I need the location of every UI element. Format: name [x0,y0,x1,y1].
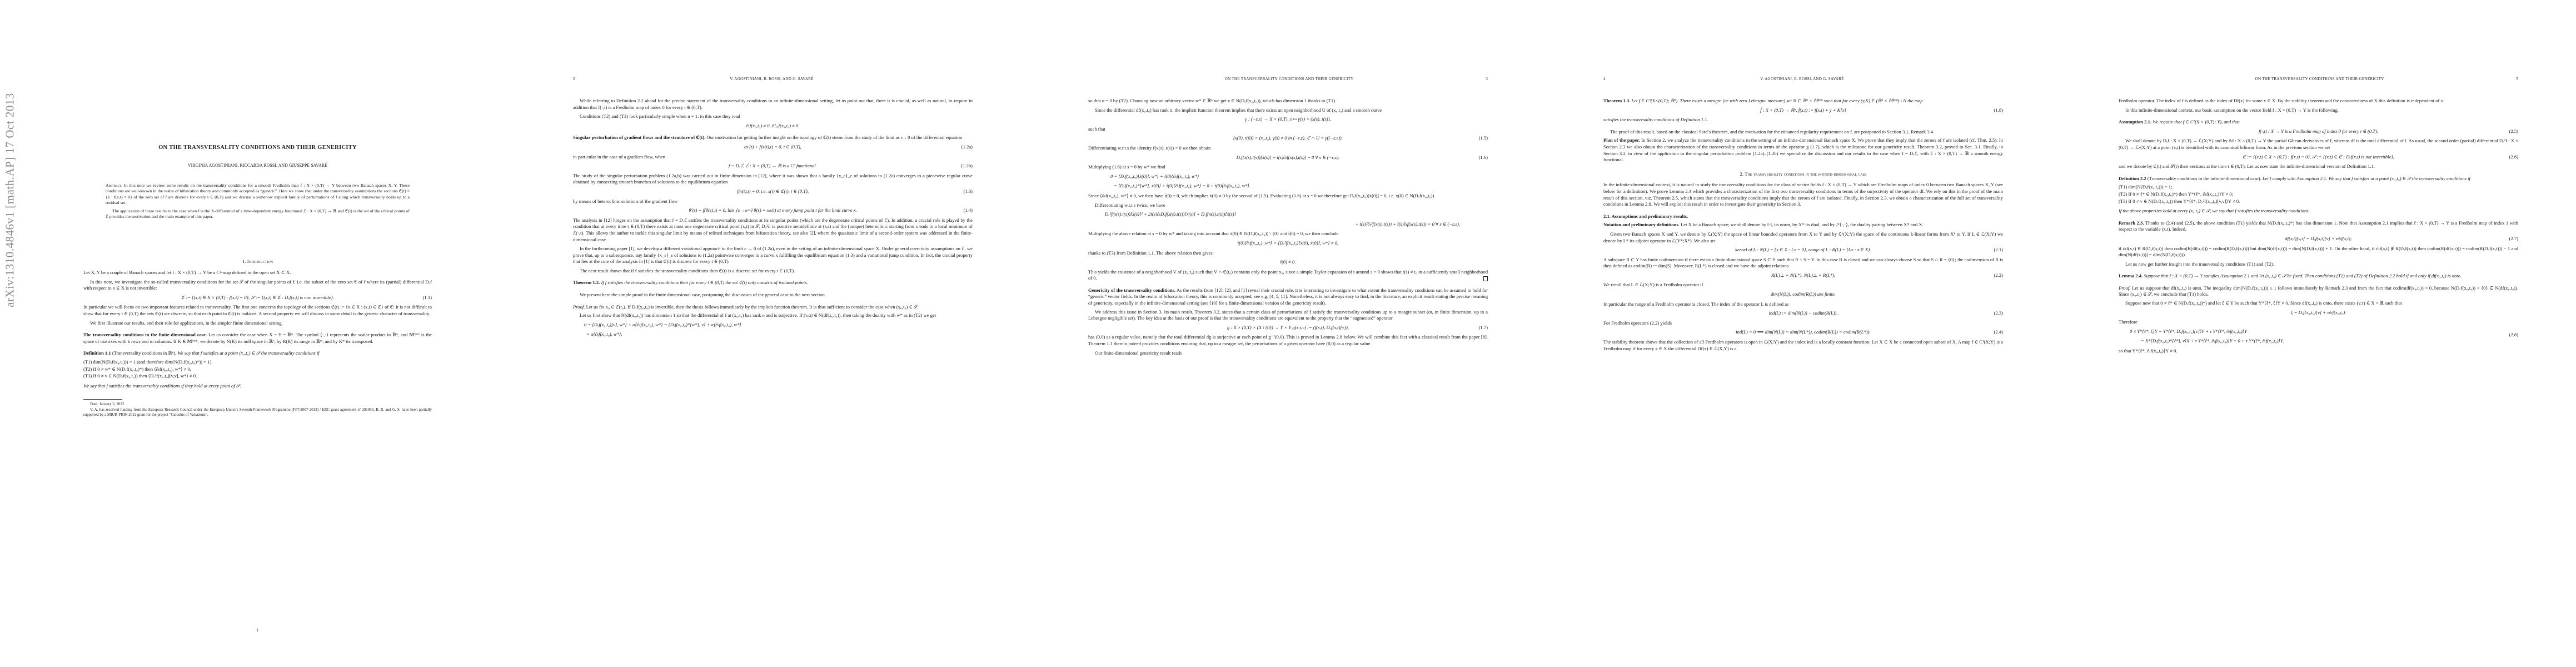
header-title: ON THE TRANSVERSALITY CONDITIONS AND THE… [2123,77,2516,81]
equation-text: df(x,t)[v,τ] = Dₓf(x,t)[v] + τ∂ₜf(x,t); [2285,236,2351,241]
paragraph: For Fredholm operators (2.2) yields [1603,320,2003,327]
paragraph: such that [1088,126,1488,133]
paragraph: The analysis in [12] hinges on the assum… [573,217,973,243]
definition-body: Let f comply with Assumption 2.1. We say… [2263,176,2470,181]
paragraph: Fredholm operator. The index of f is def… [2119,98,2518,104]
equation-1-7: g : X × (0,T) × (X \ {0}) → Y × Y g(x,t,… [1088,325,1488,331]
header-spacer [1088,77,1093,81]
paragraph: We present here the simple proof in the … [573,292,973,298]
equation-number: (2.5) [2509,128,2518,135]
running-header: ON THE TRANSVERSALITY CONDITIONS AND THE… [1088,77,1488,81]
equation: ẗ(0)⟨∂ₜf(x₀,t₀), w*⟩ = ⟨Dₓ²f(x₀,t₀)[ẋ(0)… [1088,240,1488,247]
paragraph: Let us first show that N(df(x₀,t₀)) has … [573,312,973,319]
arxiv-stamp-text: arXiv:1310.4846v1 [math.AP] 17 Oct 2013 [3,93,17,307]
equation-number: (2.1) [1994,247,2003,253]
paragraph: A subspace R ⊂ Y has finite codimension … [1603,257,2003,270]
condition-t1: (T1) dim(N(Dₓf(x₀,t₀))) = 1; [2119,184,2518,191]
qed-symbol-icon [1483,276,1488,281]
equation-1-1: ℭ := {(x,t) ∈ X × (0,T) : f(x,t) = 0}, 𝒮… [83,295,432,301]
abstract: Abstract. In this note we review some re… [106,183,410,220]
equation: = ⟨Dₓf(x₀,t₀)*[w*], ẋ(0)⟩ + ṫ(0)⟨∂ₜf(x₀,… [1088,183,1488,190]
proof: Proof. Let us suppose that df(x₀,t₀) is … [2119,285,2518,298]
equation-1-8: f̃ : X × (0,T) → ℝⁿ, f̃(x,t) := f(x,t) +… [1603,107,2003,114]
header-spacer [2119,77,2123,81]
section-heading-2: 2. The transversality conditions in the … [1603,171,2003,178]
equation-number: (1.2a) [961,144,973,151]
paragraph-body: Let X be a Banach space; we shall denote… [1681,222,1924,227]
assumption-2-1: Assumption 2.1. We require that f ∈ C²(X… [2119,119,2518,126]
paragraph-heading: Singular perturbation of gradient flows … [573,135,705,140]
equation: = X*⟨Dₓf(x₀,t₀)*[ℓ*], v⟩X + τ Y*⟨ℓ*, ∂ₜf… [2119,338,2518,345]
equation-text: ind(L) = 0 ⟺ dim(N(L)) = dim(N(L*)), cod… [1736,329,1870,335]
transversality-conditions-list: (T1) dim(N(Dₓf(x₀,t₀))) = 1 (and therefo… [83,359,432,380]
equation-number: (1.7) [1479,325,1488,331]
theorem-body: Let f ∈ C³(X×(0,T); ℝⁿ). There exists a … [1631,98,1922,103]
equation-2-2: R(L)⊥ = N(L*), N(L)⊥ = R(L*).(2.2) [1603,272,2003,279]
equation: 0 = ⟨Dₓf(x₀,t₀)[v], w*⟩ + α⟨∂ₜf(x₀,t₀), … [573,322,973,328]
header-authors: V. AGOSTINIANI, R. ROSSI, AND G. SAVARÉ [1606,77,1999,81]
equation-number: (1.3) [964,188,973,195]
paragraph: Differentiating w.r.t s the identity f(x… [1088,145,1488,152]
lemma-2-4: Lemma 2.4. Suppose that f : X × (0,T) → … [2119,273,2518,280]
equation-number: (1.1) [423,295,432,301]
page-2-content: While referring to Definition 2.2 ahead … [573,98,973,341]
paragraph: Given two Banach spaces X and Y, we deno… [1603,231,2003,244]
paragraph: Multiplying (1.6) at s = 0 by w* we find [1088,164,1488,171]
condition-t2: (T2) If 0 ≠ w* ∈ N(Dₓf(x₀,t₀)*) then ⟨∂ₜ… [83,366,432,373]
remark-heading: Remark 2.3. [2119,220,2144,226]
footnote-date: Date: January 2, 2022. [83,402,432,407]
intro-paragraph-4: We first illustrate our results, and the… [83,320,432,327]
condition-t1: (T1) dim(N(Dₓf(x₀,t₀))) = 1 (and therefo… [83,359,432,366]
paragraph-body: Our motivation for getting further insig… [706,135,962,140]
paragraph: by means of heteroclinic solutions of th… [573,198,973,205]
footnote-rule [83,399,122,400]
equation-text: Dₓf(x(s),t(s))[ẋ(s)] + ṫ(s)∂ₜf(x(s),t(s)… [1237,155,1340,160]
paragraph: While referring to Definition 2.2 ahead … [573,98,973,111]
equation-number: (2.3) [1994,310,2003,317]
section-heading-introduction: 1. Introduction [83,258,432,265]
equation-text: f = Dₓℰ, ℰ : X × (0,T) → ℝ is a C³ funct… [729,163,817,168]
header-spacer [1999,77,2003,81]
equation-2-4: ind(L) = 0 ⟺ dim(N(L)) = dim(N(L*)), cod… [1603,329,2003,336]
paragraph: Let us now get further insight into the … [2119,261,2518,268]
definition-1-1: Definition 1.1 (Transversality condition… [83,350,432,357]
equation-text: (x(0), t(0)) = (x₀,t₀), γ̇(s) ≠ 0 in (−ε… [1233,135,1343,141]
intro-paragraph-2: In this note, we investigate the so-call… [83,279,432,292]
definition-title: (Transversality conditions in ℝⁿ). [112,350,177,356]
header-authors: V. AGOSTINIANI, R. ROSSI, AND G. SAVARÉ [575,77,968,81]
remark-body: Thanks to (2.4) and (2.5), the above con… [2119,220,2518,232]
running-header: 2 V. AGOSTINIANI, R. ROSSI, AND G. SAVAR… [573,77,973,81]
equation-1-6: Dₓf(x(s),t(s))[ẋ(s)] + ṫ(s)∂ₜf(x(s),t(s)… [1088,155,1488,161]
equation-text: ℭ := {(x,t) ∈ X × (0,T) : f(x,t) = 0}, 𝒮… [181,295,334,300]
equation-text: ℭ := {(x,t) ∈ X × (0,T) : f(x,t) = 0}, 𝒮… [2243,154,2394,160]
header-spacer [968,77,973,81]
equation-1-3: f(x(t),t) = 0, i.e. x(t) ∈ ℭ(t), t ∈ (0,… [573,188,973,195]
paragraph: so that Y*⟨ℓ*, ∂ₜf(x₀,t₀)⟩Y ≠ 0. [2119,348,2518,355]
equation-1-2a: εx′(t) + f(x(t),t) = 0, t ∈ (0,T),(1.2a) [573,144,973,151]
paragraph: Conditions (T2) and (T3) look particular… [573,113,973,120]
equation-2-1: kernel of L : N(L) = {x ∈ X : Lx = 0}, r… [1603,247,2003,253]
paragraph: The stability theorem shows that the col… [1603,339,2003,352]
page-2: 2 V. AGOSTINIANI, R. ROSSI, AND G. SAVAR… [515,0,1030,667]
abstract-paragraph-1: In this note we review some results on t… [106,183,410,205]
page-3: ON THE TRANSVERSALITY CONDITIONS AND THE… [1030,0,1546,667]
paragraph-heading: Plan of the paper. [1603,137,1640,143]
equation-text: g : X × (0,T) × (X \ {0}) → Y × Y g(x,t,… [1227,325,1349,330]
definition-closing: If the above properties hold at every (x… [2119,208,2518,215]
paragraph: Since the differential df(x₀,t₀) has ran… [1088,107,1488,114]
equation: γ : (−ε,ε) → X × (0,T), s ↦ γ(s) = (x(s)… [1088,116,1488,123]
paragraph-heading: Genericity of the transversality conditi… [1088,287,1175,293]
equation-text: f̃ : X × (0,T) → ℝⁿ, f̃(x,t) := f(x,t) +… [1760,107,1846,113]
theorem-closing: satisfies the transversality conditions … [1603,117,2003,123]
proof-label: Proof. [573,304,585,310]
paragraph: In this infinite-dimensional context, ou… [2119,107,2518,114]
paragraph: thanks to (T3) from Definition 1.1. The … [1088,250,1488,257]
paragraph: We recall that L ∈ ℒ(X;Y) is a Fredholm … [1603,282,2003,288]
condition-t2: (T2) If 0 ≠ ℓ* ∈ N(Dₓf(x₀,t₀)*) then Y*⟨… [2119,191,2518,198]
paragraph: In the infinite-dimensional context, it … [1603,182,2003,207]
equation-text: εx′(t) + f(x(t),t) = 0, t ∈ (0,T), [744,144,801,150]
equation: ẗ(0) ≠ 0. [1088,259,1488,266]
assumption-heading: Assumption 2.1. [2119,119,2151,125]
paragraph: Multiplying the above relation at s = 0 … [1088,231,1488,237]
definition-heading: Definition 1.1 [83,350,111,356]
running-header: 4 V. AGOSTINIANI, R. ROSSI, AND G. SAVAR… [1603,77,2003,81]
theorem-1-2: Theorem 1.2. If f satisfies the transver… [573,280,973,286]
theorem-body: If f satisfies the transversality condit… [601,280,808,285]
abstract-label: Abstract. [106,183,122,188]
page-number: 1 [0,628,515,633]
theorem-1-3: Theorem 1.3. Let f ∈ C³(X×(0,T); ℝⁿ). Th… [1603,98,2003,104]
equation-2-5: f(·,t) : X → Y is a Fredholm map of inde… [2119,128,2518,135]
equation-text: kernel of L : N(L) = {x ∈ X : Lx = 0}, r… [1735,247,1871,252]
paragraph: Differentiating w.r.t s twice, we have [1088,202,1488,209]
condition-t3: (T3) If 0 ≠ v ∈ N(Dₓf(x₀,t₀)) then ⟨Dₓ²f… [83,373,432,380]
page-1-content: ON THE TRANSVERSALITY CONDITIONS AND THE… [83,111,432,417]
equation: + ṫ(s)²∂ₜ²f(x(s),t(s)) + ẗ(s)∂ₜf(x(s),t(… [1088,221,1488,228]
page-5: ON THE TRANSVERSALITY CONDITIONS AND THE… [2061,0,2576,667]
equation-2-8: 0 ≠ Y*⟨ℓ*, ξ⟩Y = Y*⟨ℓ*, Dₓf(x₀,t₀)[v]⟩Y … [2119,328,2518,335]
equation-1-5: (x(0), t(0)) = (x₀,t₀), γ̇(s) ≠ 0 in (−ε… [1088,135,1488,142]
equation-number: (1.4) [964,207,973,214]
equation: ∂ₜf(x₀,t₀) ≠ 0, ∂²ₓₓf(x₀,t₀) ≠ 0. [573,123,973,130]
proof: Proof. Let us fix x₀ ∈ ℭ(t₀). If Dₓf(x₀,… [573,304,973,311]
equation: dim(N(L)), codim(R(L)) are finite. [1603,291,2003,298]
paragraph: so that α = 0 by (T2). Choosing now an a… [1088,98,1488,104]
paragraph-plan: Plan of the paper. In Section 2, we anal… [1603,137,2003,163]
transversality-conditions-list: (T1) dim(N(Dₓf(x₀,t₀))) = 1; (T2) If 0 ≠… [2119,184,2518,205]
equation-number: (2.4) [1994,329,2003,336]
definition-closing: We say that f satisfies the transversali… [83,383,432,390]
paragraph-singular-perturbation: Singular perturbation of gradient flows … [573,135,973,141]
proof-body: Let us fix x₀ ∈ ℭ(t₀). If Dₓf(x₀,t₀) is … [586,304,919,310]
condition-t3: (T3) If 0 ≠ v ∈ N(Dₓf(x₀,t₀)) then Y*⟨ℓ*… [2119,198,2518,205]
page-3-content: so that α = 0 by (T2). Choosing now an a… [1088,98,1488,359]
paragraph-text: This yields the existence of a neighborh… [1088,269,1488,281]
theorem-heading: Theorem 1.2. [573,280,600,285]
equation-1-2b: f = Dₓℰ, ℰ : X × (0,T) → ℝ is a C³ funct… [573,163,973,170]
equation: 0 = ⟨Dₓf(x₀,t₀)[ẋ(0)], w*⟩ + ṫ(0)⟨∂ₜf(x₀… [1088,173,1488,180]
equation-text: ind(L) := dim(N(L)) − codim(R(L)). [1768,310,1837,316]
paragraph-heading: The transversality conditions in the fin… [83,332,207,337]
definition-heading: Definition 2.2 [2119,176,2146,181]
equation-2-7: df(x,t)[v,τ] = Dₓf(x,t)[v] + τ∂ₜf(x,t);(… [2119,236,2518,242]
page-1: arXiv:1310.4846v1 [math.AP] 17 Oct 2013 … [0,0,515,667]
paragraph: In particular the range of a Fredholm op… [1603,301,2003,308]
equation-number: (2.6) [2509,154,2518,161]
paragraph: Therefore [2119,319,2518,326]
equation: Dₓ²f(x(s),t(s))[ẋ(s)]² + 2ṫ(s)∂ₜDₓf(x(s)… [1088,211,1488,218]
paragraph-genericity: Genericity of the transversality conditi… [1088,287,1488,307]
footnote-funding: V. A. has received funding from the Euro… [83,407,432,417]
running-header: ON THE TRANSVERSALITY CONDITIONS AND THE… [2119,77,2518,81]
proof-body: Let us suppose that df(x₀,t₀) is onto. T… [2119,285,2518,297]
definition-title: (Transversality conditions in the infini… [2148,176,2261,181]
paragraph: In the forthcoming paper [1], we develop… [573,246,973,265]
paragraph: The study of the singular perturbation p… [573,173,973,186]
subsection-heading-2-1: 2.1. Assumptions and preliminary results… [1603,213,2003,220]
equation-text: 0 ≠ Y*⟨ℓ*, ξ⟩Y = Y*⟨ℓ*, Dₓf(x₀,t₀)[v]⟩Y … [2130,328,2247,334]
lemma-heading: Lemma 2.4. [2119,273,2142,278]
definition-body: We say that f satisfies at a point (x₀,t… [177,350,319,356]
intro-paragraph-3: In particular we will focus on two impor… [83,304,432,317]
equation-text: f(·,t) : X → Y is a Fredholm map of inde… [2259,128,2378,134]
paragraph: We address this issue in Section 3. Its … [1088,309,1488,322]
paragraph: The next result shows that if f satisfie… [573,268,973,275]
equation-1-4: θ′(s) + f(θ(s),t) = 0, lim_{s→±∞} θ(s) =… [573,207,973,214]
lemma-body: Suppose that f : X × (0,T) → Y satisfies… [2144,273,2462,278]
definition-2-2: Definition 2.2 (Transversality condition… [2119,176,2518,182]
assumption-body: We require that f ∈ C²(X × (0,T); Y), an… [2153,119,2240,125]
document-viewer: arXiv:1310.4846v1 [math.AP] 17 Oct 2013 … [0,0,2576,667]
theorem-heading: Theorem 1.3. [1603,98,1630,103]
paragraph: in particular in the case of a gradient … [573,154,973,161]
paragraph-notation: Notation and preliminary definitions. Le… [1603,222,2003,228]
remark-2-3: Remark 2.3. Thanks to (2.4) and (2.5), t… [2119,220,2518,233]
paragraph: Our finite-dimensional genericity result… [1088,350,1488,357]
header-page-number: 3 [1486,77,1488,81]
paper-authors: VIRGINIA AGOSTINIANI, RICCARDA ROSSI, AN… [83,162,432,169]
intro-paragraph-1: Let X, Y be a couple of Banach spaces an… [83,270,432,276]
equation-text: f(x(t),t) = 0, i.e. x(t) ∈ ℭ(t), t ∈ (0,… [737,188,809,194]
equation-number: (2.2) [1994,272,2003,279]
equation-text: θ′(s) + f(θ(s),t) = 0, lim_{s→±∞} θ(s) =… [689,207,856,213]
header-page-number: 5 [2516,77,2518,81]
equation-number: (1.2b) [961,163,973,170]
paragraph: This yields the existence of a neighborh… [1088,269,1488,282]
paragraph: Suppose now that 0 ≠ ℓ* ∈ N(Dₓf(x₀,t₀))*… [2119,300,2518,307]
abstract-paragraph-2: The application of these results to the … [106,208,410,220]
paragraph: The proof of this result, based on the c… [1603,129,2003,136]
header-title: ON THE TRANSVERSALITY CONDITIONS AND THE… [1093,77,1486,81]
paragraph: and we denote by ℭ(t) and 𝒮(t) their sec… [2119,163,2518,170]
paragraph: if ∂ₜf(x,t) ∈ R(Dₓf(x,t)) then codim(R(d… [2119,246,2518,258]
paragraph-heading: Notation and preliminary definitions. [1603,222,1680,227]
paragraph-body: In Section 2, we analyze the transversal… [1603,137,2003,162]
equation-number: (2.7) [2509,236,2518,242]
paragraph: Since ⟨∂ₜf(x₀,t₀), w*⟩ ≠ 0, we then have… [1088,193,1488,200]
paragraph: has (0,0) as a regular value, namely tha… [1088,334,1488,347]
page-4: 4 V. AGOSTINIANI, R. ROSSI, AND G. SAVAR… [1546,0,2061,667]
proof-label: Proof. [2119,285,2130,291]
paper-title: ON THE TRANSVERSALITY CONDITIONS AND THE… [83,145,432,151]
equation-text: R(L)⊥ = N(L*), N(L)⊥ = R(L*). [1771,272,1835,278]
arxiv-stamp: arXiv:1310.4846v1 [math.AP] 17 Oct 2013 [3,61,17,339]
equation-number: (2.8) [2509,332,2518,339]
page-4-content: Theorem 1.3. Let f ∈ C³(X×(0,T); ℝⁿ). Th… [1603,98,2003,355]
page-5-content: Fredholm operator. The index of f is def… [2119,98,2518,357]
paragraph: We shall denote by Dₓf : X × (0,T) → ℒ(X… [2119,138,2518,151]
equation: = α⟨∂ₜf(x₀,t₀), w*⟩, [573,331,973,338]
equation-number: (1.5) [1479,135,1488,142]
equation-2-3: ind(L) := dim(N(L)) − codim(R(L)).(2.3) [1603,310,2003,317]
equation-number: (1.6) [1479,155,1488,161]
equation: ξ = Dₓf(x₀,t₀)[v] + τ∂ₜf(x₀,t₀). [2119,310,2518,316]
equation-2-6: ℭ := {(x,t) ∈ X × (0,T) : f(x,t) = 0}, 𝒮… [2119,154,2518,161]
equation-number: (1.8) [1994,107,2003,114]
paragraph-finite-dimensional-case: The transversality conditions in the fin… [83,332,432,345]
